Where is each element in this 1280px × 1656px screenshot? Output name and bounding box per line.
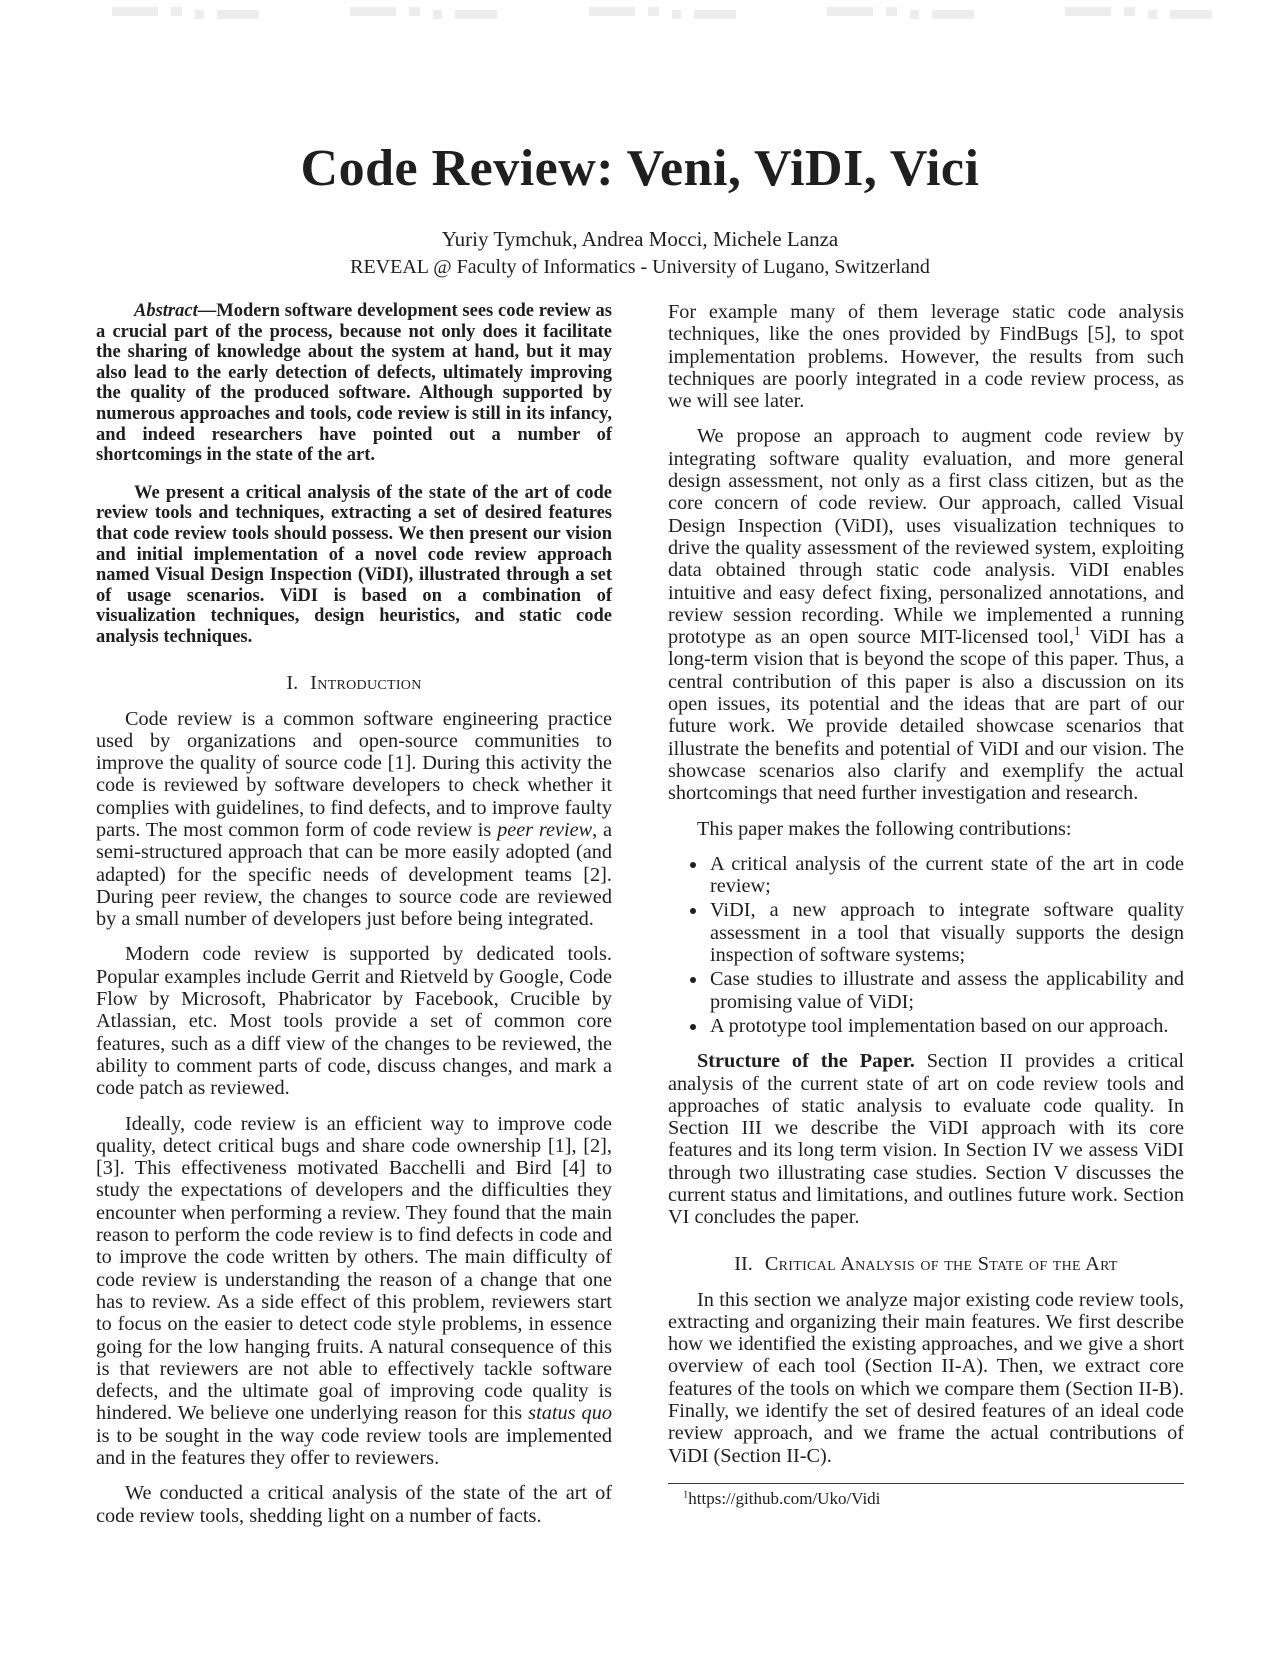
continuation-paragraph: For example many of them leverage static… <box>668 301 1184 412</box>
intro-paragraph-2: Modern code review is supported by dedic… <box>96 943 612 1099</box>
section-title: Critical Analysis of the State of the Ar… <box>765 1253 1118 1275</box>
authors-line: Yuriy Tymchuk, Andrea Mocci, Michele Lan… <box>0 227 1280 252</box>
intro-paragraph-1: Code review is a common software enginee… <box>96 708 612 931</box>
intro-paragraph-3: Ideally, code review is an efficient way… <box>96 1113 612 1470</box>
contributions-intro-paragraph: This paper makes the following contribut… <box>668 818 1184 840</box>
abstract-paragraph-2: We present a critical analysis of the st… <box>96 483 612 648</box>
section-1-introduction: I.Introduction Code review is a common s… <box>96 672 612 1527</box>
contribution-item: ViDI, a new approach to integrate softwa… <box>708 899 1184 966</box>
paper-page: Code Review: Veni, ViDI, Vici Yuriy Tymc… <box>0 0 1280 1656</box>
section-heading-critical-analysis: II.Critical Analysis of the State of the… <box>668 1253 1184 1276</box>
intro-paragraph-4: We conducted a critical analysis of the … <box>96 1482 612 1527</box>
left-column: Abstract—Modern software development see… <box>96 301 612 1540</box>
footnote-link[interactable]: https://github.com/Uko/Vidi <box>688 1489 880 1508</box>
contribution-item: A critical analysis of the current state… <box>708 853 1184 898</box>
page-title: Code Review: Veni, ViDI, Vici <box>0 139 1280 198</box>
affiliation-line: REVEAL @ Faculty of Informatics - Univer… <box>0 256 1280 279</box>
scan-artifact <box>350 7 497 19</box>
section-title: Introduction <box>310 672 421 694</box>
footnote: 1https://github.com/Uko/Vidi <box>668 1483 1184 1509</box>
abstract-paragraph-1: Abstract—Modern software development see… <box>96 301 612 466</box>
scan-artifact <box>589 7 736 19</box>
scan-artifact <box>112 7 259 19</box>
analysis-paragraph: In this section we analyze major existin… <box>668 1289 1184 1467</box>
section-heading-introduction: I.Introduction <box>96 672 612 695</box>
abstract-block: Abstract—Modern software development see… <box>96 301 612 648</box>
scan-artifact <box>1065 7 1212 19</box>
section-number: II. <box>734 1253 753 1275</box>
contribution-item: A prototype tool implementation based on… <box>708 1015 1184 1037</box>
approach-paragraph: We propose an approach to augment code r… <box>668 425 1184 804</box>
contributions-list: A critical analysis of the current state… <box>668 853 1184 1037</box>
structure-paragraph: Structure of the Paper. Section II provi… <box>668 1050 1184 1228</box>
section-number: I. <box>286 672 298 694</box>
scan-artifact-row <box>112 7 1212 19</box>
contribution-item: Case studies to illustrate and assess th… <box>708 968 1184 1013</box>
scan-artifact <box>827 7 974 19</box>
right-column: For example many of them leverage static… <box>668 301 1184 1509</box>
